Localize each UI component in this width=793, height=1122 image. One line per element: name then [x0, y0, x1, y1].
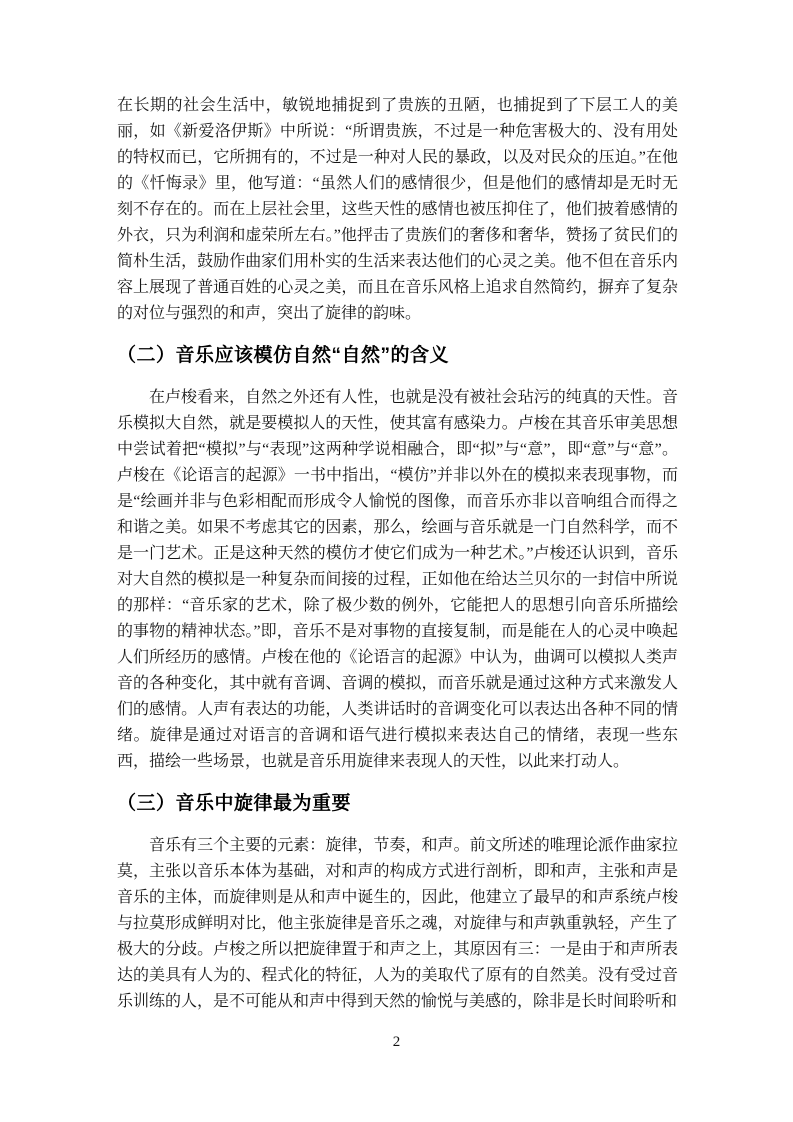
body-paragraph-1: 在长期的社会生活中，敏锐地捕捉到了贵族的丑陋，也捕捉到了下层工人的美丽，如《新爱… — [117, 93, 678, 327]
section-heading-3: （三）音乐中旋律最为重要 — [117, 789, 678, 819]
body-paragraph-2: 在卢梭看来，自然之外还有人性，也就是没有被社会玷污的纯真的天性。音乐模拟大自然，… — [117, 385, 678, 775]
document-page: 在长期的社会生活中，敏锐地捕捉到了贵族的丑陋，也捕捉到了下层工人的美丽，如《新爱… — [0, 0, 793, 1122]
body-paragraph-3: 音乐有三个主要的元素：旋律，节奏，和声。前文所述的唯理论派作曲家拉莫，主张以音乐… — [117, 833, 678, 1015]
section-heading-2: （二）音乐应该模仿自然“自然”的含义 — [117, 341, 678, 371]
page-content: 在长期的社会生活中，敏锐地捕捉到了贵族的丑陋，也捕捉到了下层工人的美丽，如《新爱… — [117, 93, 678, 1015]
page-number: 2 — [0, 1032, 793, 1052]
